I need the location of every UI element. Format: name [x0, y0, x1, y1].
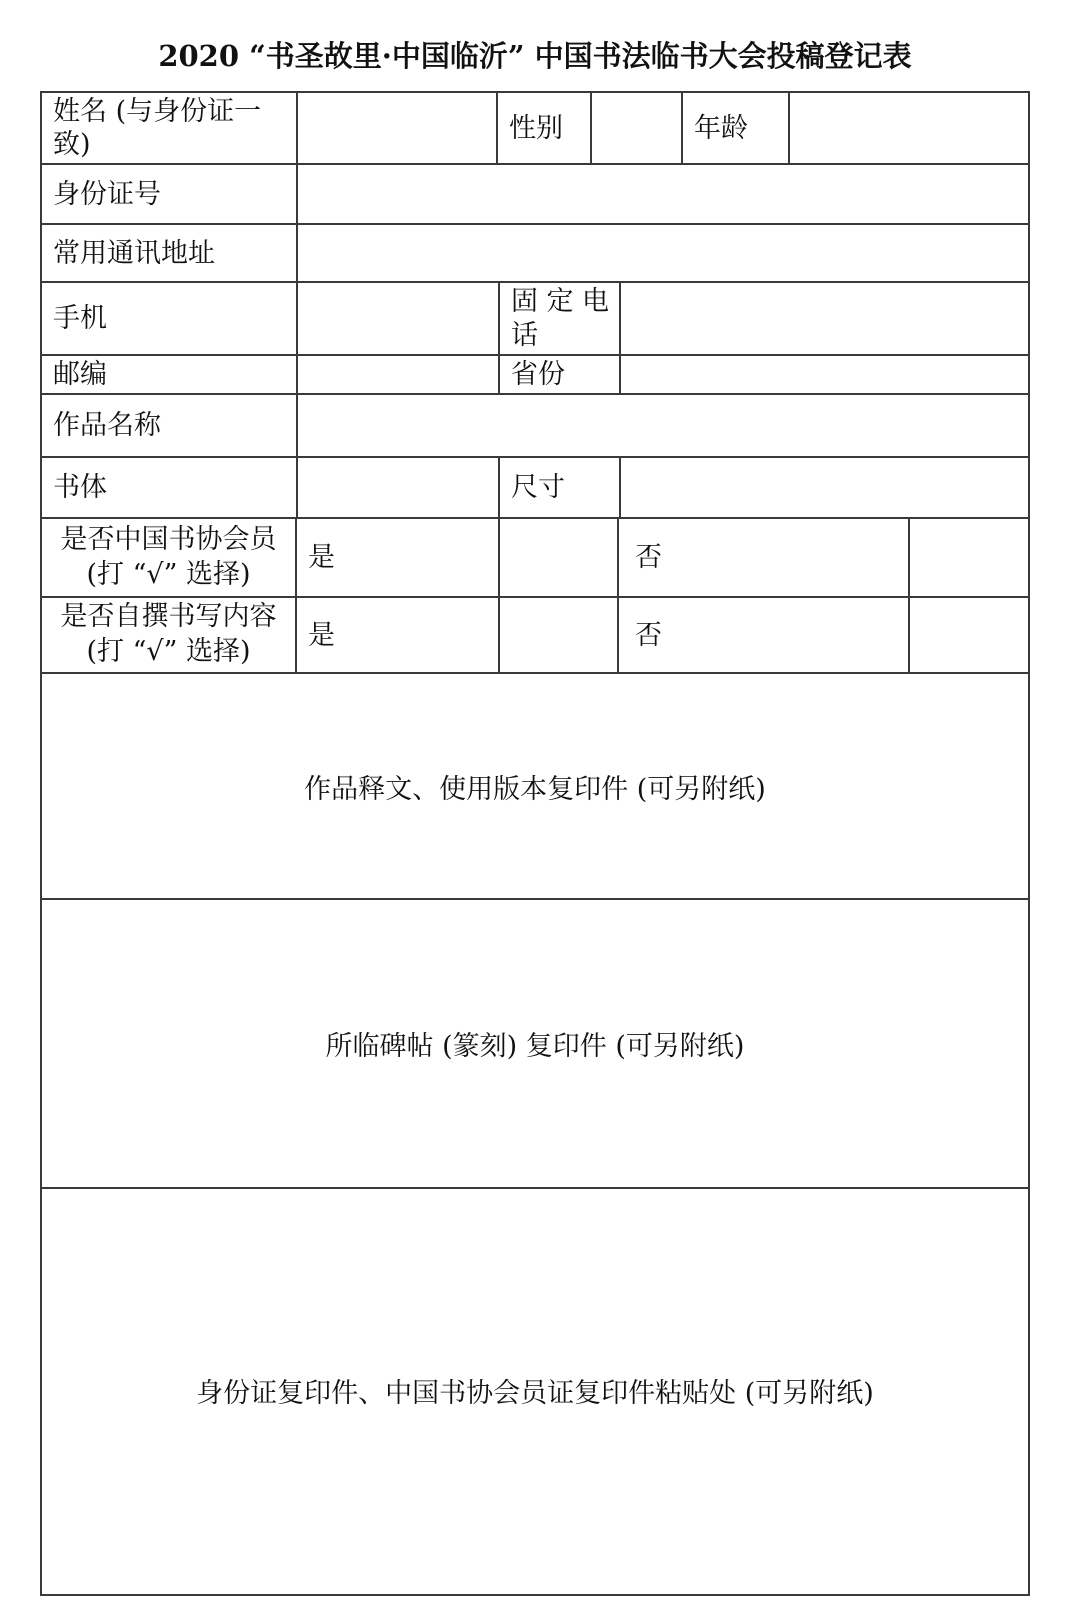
row-section-shiwen: 作品释文、使用版本复印件 (可另附纸) [42, 674, 1028, 900]
section-idcopy-label: 身份证复印件、中国书协会员证复印件粘贴处 (可另附纸) [42, 1189, 1028, 1592]
self-composed-question: 是否自撰书写内容 [61, 600, 277, 634]
csa-yes-check-cell [500, 519, 619, 596]
postcode-label: 邮编 [42, 356, 298, 393]
row-postcode-province: 邮编 省份 [42, 356, 1028, 395]
registration-table: 姓名 (与身份证一致) 性别 年龄 身份证号 常用通讯地址 手机 固定电话 [40, 91, 1030, 1596]
self-composed-label: 是否自撰书写内容 (打 “√” 选择) [42, 598, 297, 672]
section-beitie-label: 所临碑帖 (篆刻) 复印件 (可另附纸) [42, 900, 1028, 1187]
row-work-name: 作品名称 [42, 395, 1028, 458]
csa-no-check-cell [910, 519, 1028, 596]
age-label: 年龄 [683, 93, 790, 163]
name-label: 姓名 (与身份证一致) [42, 93, 298, 163]
csa-yes-label: 是 [297, 519, 500, 596]
row-name-gender-age: 姓名 (与身份证一致) 性别 年龄 [42, 93, 1028, 165]
self-no-label: 否 [619, 598, 910, 672]
row-id-number: 身份证号 [42, 165, 1028, 225]
size-value-cell [621, 458, 1028, 517]
name-label-text: 姓名 (与身份证一致) [53, 95, 290, 161]
self-yes-label: 是 [297, 598, 500, 672]
landline-label-text: 固定电话 [511, 285, 609, 353]
landline-value-cell [621, 283, 1028, 354]
work-name-value-cell [298, 395, 1028, 456]
document-page: 2020 “书圣故里·中国临沂” 中国书法临书大会投稿登记表 姓名 (与身份证一… [0, 0, 1080, 1624]
section-shiwen-label: 作品释文、使用版本复印件 (可另附纸) [42, 674, 1028, 898]
script-style-label: 书体 [42, 458, 298, 517]
mobile-value-cell [298, 283, 500, 354]
csa-member-label: 是否中国书协会员 (打 “√” 选择) [42, 519, 297, 596]
row-address: 常用通讯地址 [42, 225, 1028, 283]
csa-no-label: 否 [619, 519, 910, 596]
id-number-label: 身份证号 [42, 165, 298, 223]
work-name-label: 作品名称 [42, 395, 298, 456]
postcode-value-cell [298, 356, 500, 393]
csa-member-note: (打 “√” 选择) [86, 557, 250, 593]
province-label: 省份 [500, 356, 621, 393]
name-value-cell [298, 93, 498, 163]
form-title: 2020 “书圣故里·中国临沂” 中国书法临书大会投稿登记表 [40, 36, 1030, 76]
landline-label: 固定电话 [500, 283, 621, 354]
row-self-composed: 是否自撰书写内容 (打 “√” 选择) 是 否 [42, 598, 1028, 674]
self-composed-note: (打 “√” 选择) [86, 634, 250, 670]
row-section-idcopy: 身份证复印件、中国书协会员证复印件粘贴处 (可另附纸) [42, 1189, 1028, 1592]
row-script-size: 书体 尺寸 [42, 458, 1028, 519]
gender-value-cell [592, 93, 683, 163]
row-phone: 手机 固定电话 [42, 283, 1028, 356]
id-number-value-cell [298, 165, 1028, 223]
province-value-cell [621, 356, 1028, 393]
gender-label: 性别 [498, 93, 592, 163]
script-style-value-cell [298, 458, 500, 517]
age-value-cell [790, 93, 1028, 163]
self-no-check-cell [910, 598, 1028, 672]
csa-member-question: 是否中国书协会员 [61, 523, 277, 557]
self-yes-check-cell [500, 598, 619, 672]
row-csa-member: 是否中国书协会员 (打 “√” 选择) 是 否 [42, 519, 1028, 598]
mobile-label: 手机 [42, 283, 298, 354]
row-section-beitie: 所临碑帖 (篆刻) 复印件 (可另附纸) [42, 900, 1028, 1189]
address-label: 常用通讯地址 [42, 225, 298, 281]
size-label: 尺寸 [500, 458, 621, 517]
address-value-cell [298, 225, 1028, 281]
